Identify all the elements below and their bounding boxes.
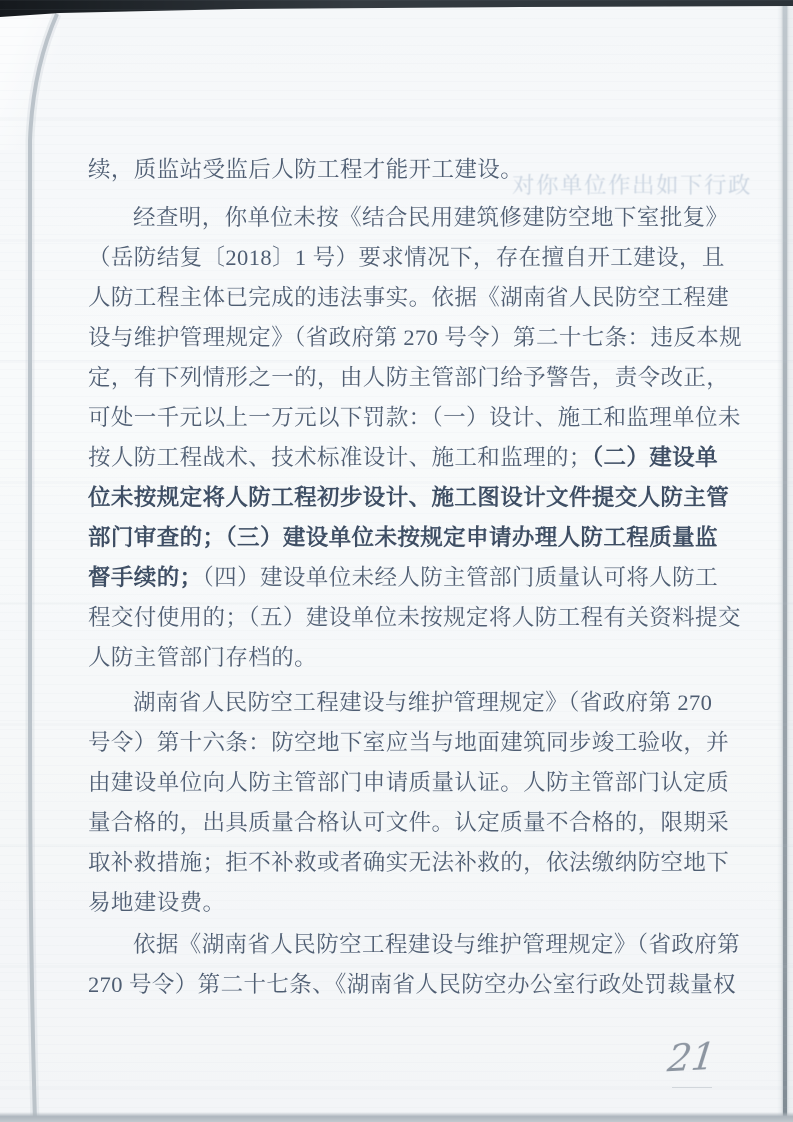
text-segment-bold: 督手续的； (88, 565, 203, 590)
text-line: 程交付使用的；（五）建设单位未按规定将人防工程有关资料提交 (88, 598, 748, 638)
text-line: 依据《湖南省人民防空工程建设与维护管理规定》（省政府第 (88, 925, 748, 965)
text-line: 取补救措施；拒不补救或者确实无法补救的，依法缴纳防空地下 (88, 843, 748, 883)
text-line: 可处一千元以上一万元以下罚款：（一）设计、施工和监理单位未 (88, 398, 748, 438)
text-line: 易地建设费。 (88, 883, 748, 923)
text-segment: （四）建设单位未经人防主管部门质量认可将人防工 (203, 565, 718, 590)
text-line: 设与维护管理规定》（省政府第 270 号令）第二十七条：违反本规 (88, 318, 748, 358)
scanned-document: 对你单位作出如下行政 续，质监站受监后人防工程才能开工建设。经查明，你单位未按《… (0, 0, 793, 1122)
text-segment: 由建设单位向人防主管部门申请质量认证。人防主管部门认定质 (88, 770, 729, 795)
text-line: 人防主管部门存档的。 (88, 638, 748, 678)
text-segment: 湖南省人民防空工程建设与维护管理规定》（省政府第 270 (133, 690, 712, 715)
text-line: 部门审查的；（三）建设单位未按规定申请办理人防工程质量监 (88, 518, 748, 558)
handwritten-underline (672, 1087, 712, 1088)
text-segment: 取补救措施；拒不补救或者确实无法补救的，依法缴纳防空地下 (88, 850, 729, 875)
text-segment-bold: 位未按规定将人防工程初步设计、施工图设计文件提交人防主管 (88, 485, 729, 510)
text-line: （岳防结复〔2018〕1 号）要求情况下，存在擅自开工建设，且 (88, 238, 748, 278)
handwritten-page-number: 21 (665, 1035, 717, 1081)
text-line: 定，有下列情形之一的，由人防主管部门给予警告，责令改正， (88, 358, 748, 398)
text-line: 270 号令）第二十七条、《湖南省人民防空办公室行政处罚裁量权 (88, 965, 748, 1005)
text-segment-bold: （二）建设单 (592, 445, 718, 470)
text-line: 经查明，你单位未按《结合民用建筑修建防空地下室批复》 (88, 198, 748, 238)
text-segment-bold: 部门审查的；（三）建设单位未按规定申请办理人防工程质量监 (88, 525, 718, 550)
page-corner-highlight (0, 10, 60, 150)
text-line: 湖南省人民防空工程建设与维护管理规定》（省政府第 270 (88, 683, 748, 723)
text-line: 人防工程主体已完成的违法事实。依据《湖南省人民防空工程建 (88, 278, 748, 318)
text-segment: 号令）第十六条：防空地下室应当与地面建筑同步竣工验收，并 (88, 730, 729, 755)
text-segment: 270 号令）第二十七条、《湖南省人民防空办公室行政处罚裁量权 (88, 972, 736, 997)
text-line: 号令）第十六条：防空地下室应当与地面建筑同步竣工验收，并 (88, 723, 748, 763)
text-segment: 人防工程主体已完成的违法事实。依据《湖南省人民防空工程建 (88, 285, 729, 310)
text-line: 由建设单位向人防主管部门申请质量认证。人防主管部门认定质 (88, 763, 748, 803)
scan-right-edge-line (783, 4, 787, 1122)
text-segment: 量合格的，出具质量合格认可文件。认定质量不合格的，限期采 (88, 810, 729, 835)
text-line: 督手续的；（四）建设单位未经人防主管部门质量认可将人防工 (88, 558, 748, 598)
scan-bottom-edge (0, 1112, 793, 1122)
text-segment: 续，质监站受监后人防工程才能开工建设。 (88, 157, 523, 182)
text-segment: 可处一千元以上一万元以下罚款：（一）设计、施工和监理单位未 (88, 405, 741, 430)
text-segment: 程交付使用的；（五）建设单位未按规定将人防工程有关资料提交 (88, 605, 741, 630)
text-line: 位未按规定将人防工程初步设计、施工图设计文件提交人防主管 (88, 478, 748, 518)
text-segment: 按人防工程战术、技术标准设计、施工和监理的； (88, 445, 592, 470)
text-segment: 定，有下列情形之一的，由人防主管部门给予警告，责令改正， (88, 365, 729, 390)
document-body: 续，质监站受监后人防工程才能开工建设。经查明，你单位未按《结合民用建筑修建防空地… (88, 150, 748, 1005)
text-line: 续，质监站受监后人防工程才能开工建设。 (88, 150, 748, 190)
text-segment: 设与维护管理规定》（省政府第 270 号令）第二十七条：违反本规 (88, 325, 742, 350)
text-segment: 经查明，你单位未按《结合民用建筑修建防空地下室批复》 (133, 205, 728, 230)
text-segment: （岳防结复〔2018〕1 号）要求情况下，存在擅自开工建设，且 (88, 245, 725, 270)
text-segment: 人防主管部门存档的。 (88, 645, 317, 670)
text-line: 量合格的，出具质量合格认可文件。认定质量不合格的，限期采 (88, 803, 748, 843)
text-line: 按人防工程战术、技术标准设计、施工和监理的；（二）建设单 (88, 438, 748, 478)
text-segment: 易地建设费。 (88, 890, 225, 915)
text-segment: 依据《湖南省人民防空工程建设与维护管理规定》（省政府第 (133, 932, 740, 957)
